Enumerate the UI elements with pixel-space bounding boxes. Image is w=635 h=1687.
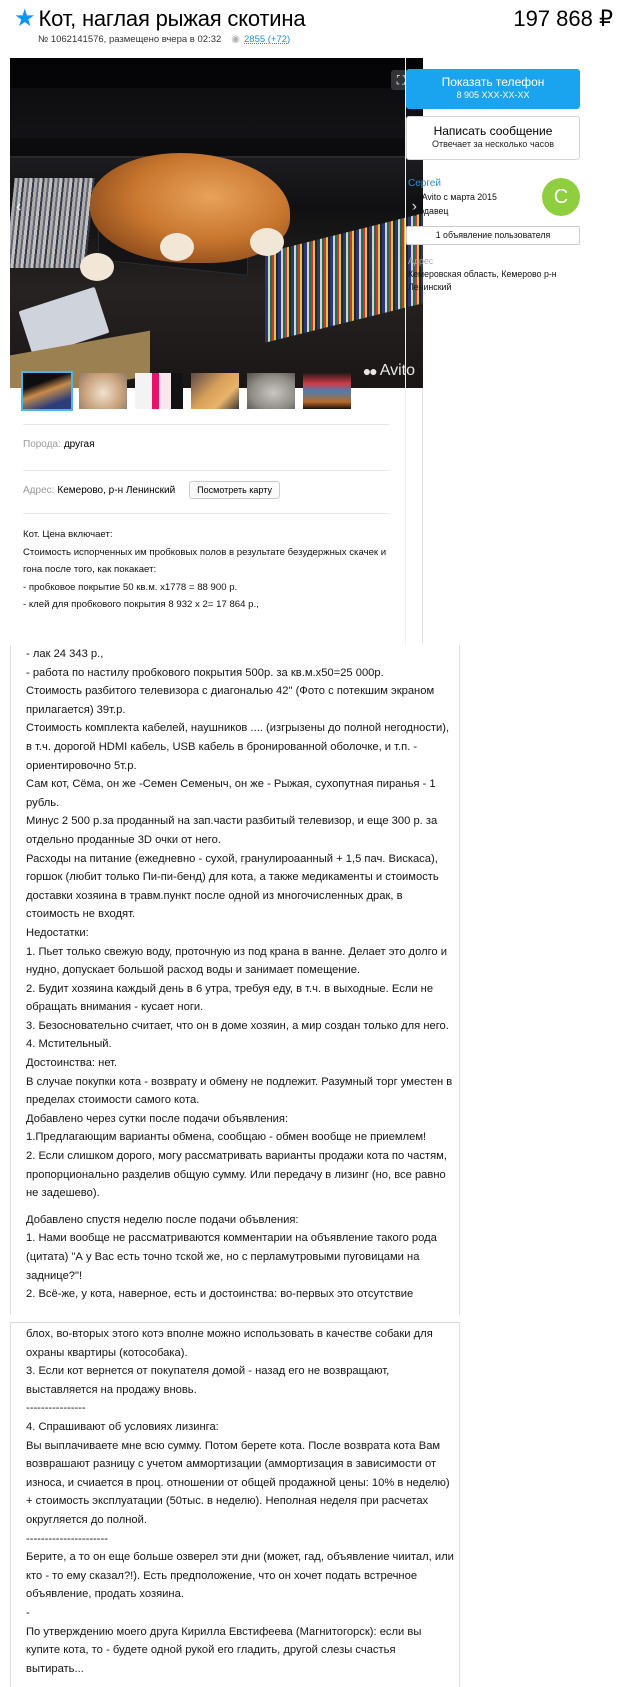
description-line: ---------------------- [26, 1530, 456, 1549]
show-phone-label: Показать телефон [406, 75, 580, 89]
param-breed-value: другая [64, 439, 95, 450]
listing-meta: № 1062141576, размещено вчера в 02:32 ◉ … [38, 34, 290, 45]
photo-shelf [10, 138, 423, 158]
photo-cat-paw [160, 233, 194, 261]
description-line: 3. Если кот вернется от покупателя домой… [26, 1362, 456, 1399]
description-line: Добавлено спустя неделю после подачи объ… [26, 1211, 456, 1230]
description-line: По утверждению моего друга Кирилла Евсти… [26, 1623, 456, 1679]
description-line: 1. Нами вообще не рассматриваются коммен… [26, 1229, 456, 1285]
description-line: 4. Мстительный. [26, 1035, 456, 1054]
description-line: Стоимость комплекта кабелей, наушников .… [26, 719, 456, 775]
contact-sidebar: Показать телефон 8 905 XXX-XX-XX Написат… [405, 58, 635, 645]
divider [23, 513, 389, 514]
param-breed: Порода: другая [23, 439, 95, 450]
description-line: 4. Спрашивают об условиях лизинга: [26, 1418, 456, 1437]
photo-cds-right [265, 213, 423, 342]
description-line: В случае покупки кота - возврату и обмен… [26, 1073, 456, 1110]
seller-name-link[interactable]: Сергей [408, 178, 441, 189]
description-line: Расходы на питание (ежедневно - сухой, г… [26, 850, 456, 924]
description-line: Вы выплачиваете мне всю сумму. Потом бер… [26, 1437, 456, 1530]
description-line: - [26, 1604, 456, 1623]
description-line: Стоимость испорченных им пробковых полов… [23, 544, 393, 579]
description-line: - работа по настилу пробкового покрытия … [26, 664, 456, 683]
listing-id-date: № 1062141576, размещено вчера в 02:32 [38, 34, 221, 45]
seller-role: Продавец [408, 206, 448, 216]
description-line: Недостатки: [26, 924, 456, 943]
listing-screenshot-bottom: блох, во-вторых этого котэ вполне можно … [10, 1322, 460, 1687]
show-phone-button[interactable]: Показать телефон 8 905 XXX-XX-XX [406, 69, 580, 109]
description-line: Сам кот, Сёма, он же -Семен Семеныч, он … [26, 775, 456, 812]
views-count[interactable]: 2855 (+72) [244, 34, 290, 45]
show-map-button[interactable]: Посмотреть карту [189, 481, 280, 499]
eye-icon: ◉ [231, 34, 240, 45]
description-line: Кот. Цена включает: [23, 526, 393, 544]
description-line: Достоинства: нет. [26, 1054, 456, 1073]
photo-cat-paw [250, 228, 284, 256]
description-part-3: блох, во-вторых этого котэ вполне можно … [26, 1325, 456, 1678]
description-line: Минус 2 500 р.за проданный на зап.части … [26, 812, 456, 849]
listing-title: Кот, наглая рыжая скотина [39, 6, 306, 32]
description-line: 2. Будит хозяина каждый день в 6 утра, т… [26, 980, 456, 1017]
param-address-label: Адрес: [23, 485, 54, 496]
divider [23, 470, 389, 471]
description-line: 3. Безосновательно считает, что он в дом… [26, 1017, 456, 1036]
description-line: Добавлено через сутки после подачи объяв… [26, 1110, 456, 1129]
address-value: Кемеровская область, Кемерово р-н Ленинс… [408, 268, 580, 294]
divider [23, 424, 389, 425]
description-line: - пробковое покрытие 50 кв.м. х1778 = 88… [23, 579, 393, 597]
thumbnail-1[interactable] [23, 373, 71, 409]
thumbnail-5[interactable] [247, 373, 295, 409]
chevron-left-icon[interactable]: ‹ [16, 198, 21, 216]
description-part-2: - лак 24 343 р., - работа по настилу про… [26, 645, 456, 1304]
thumbnail-4[interactable] [191, 373, 239, 409]
description-line: - лак 24 343 р., [26, 645, 456, 664]
thumbnail-6[interactable] [303, 373, 351, 409]
thumbnail-strip [23, 373, 351, 409]
description-part-1: Кот. Цена включает: Стоимость испорченны… [23, 526, 393, 614]
description-line: 2. Если слишком дорого, могу рассматрива… [26, 1147, 456, 1203]
photo-cds-left [10, 178, 95, 268]
write-message-button[interactable]: Написать сообщение Отвечает за несколько… [406, 116, 580, 160]
description-line: 2. Всё-же, у кота, наверное, есть и дост… [26, 1285, 456, 1304]
description-line: Берите, а то он еще больше озверел эти д… [26, 1548, 456, 1604]
description-line: Стоимость разбитого телевизора с диагона… [26, 682, 456, 719]
description-line: ---------------- [26, 1399, 456, 1418]
photo-cat-paw [80, 253, 114, 281]
phone-masked: 8 905 XXX-XX-XX [406, 90, 580, 100]
seller-since: На Avito с марта 2015 [408, 192, 497, 202]
listing-main-column: ⛶ ‹ › ●● Avito Порода: другая Адрес: Кем… [10, 58, 423, 645]
thumbnail-2[interactable] [79, 373, 127, 409]
thumbnail-3[interactable] [135, 373, 183, 409]
main-photo[interactable]: ⛶ ‹ › ●● Avito [10, 58, 423, 388]
param-address: Адрес: Кемерово, р-н Ленинский Посмотрет… [23, 481, 280, 499]
photo-tv [10, 58, 423, 88]
star-icon[interactable]: ★ [14, 7, 36, 31]
description-line: блох, во-вторых этого котэ вполне можно … [26, 1325, 456, 1362]
user-ads-button[interactable]: 1 объявление пользователя [406, 226, 580, 245]
param-address-value: Кемерово, р-н Ленинский [57, 485, 175, 496]
description-line: 1.Предлагающим варианты обмена, сообщаю … [26, 1128, 456, 1147]
address-label: Адрес [408, 256, 433, 266]
avatar[interactable]: С [542, 178, 580, 216]
description-line: - клей для пробкового покрытия 8 932 х 2… [23, 596, 393, 614]
listing-title-row: ★ Кот, наглая рыжая скотина [14, 6, 305, 32]
listing-price: 197 868 ₽ [513, 6, 613, 32]
listing-screenshot-middle: - лак 24 343 р., - работа по настилу про… [10, 645, 460, 1315]
param-breed-label: Порода: [23, 439, 61, 450]
description-line: 1. Пьет только свежую воду, проточную из… [26, 943, 456, 980]
response-time: Отвечает за несколько часов [407, 139, 579, 149]
write-message-label: Написать сообщение [407, 124, 579, 138]
avito-logo-icon: ●● [363, 363, 376, 379]
listing-screenshot-top: ★ Кот, наглая рыжая скотина 197 868 ₽ № … [0, 0, 635, 645]
